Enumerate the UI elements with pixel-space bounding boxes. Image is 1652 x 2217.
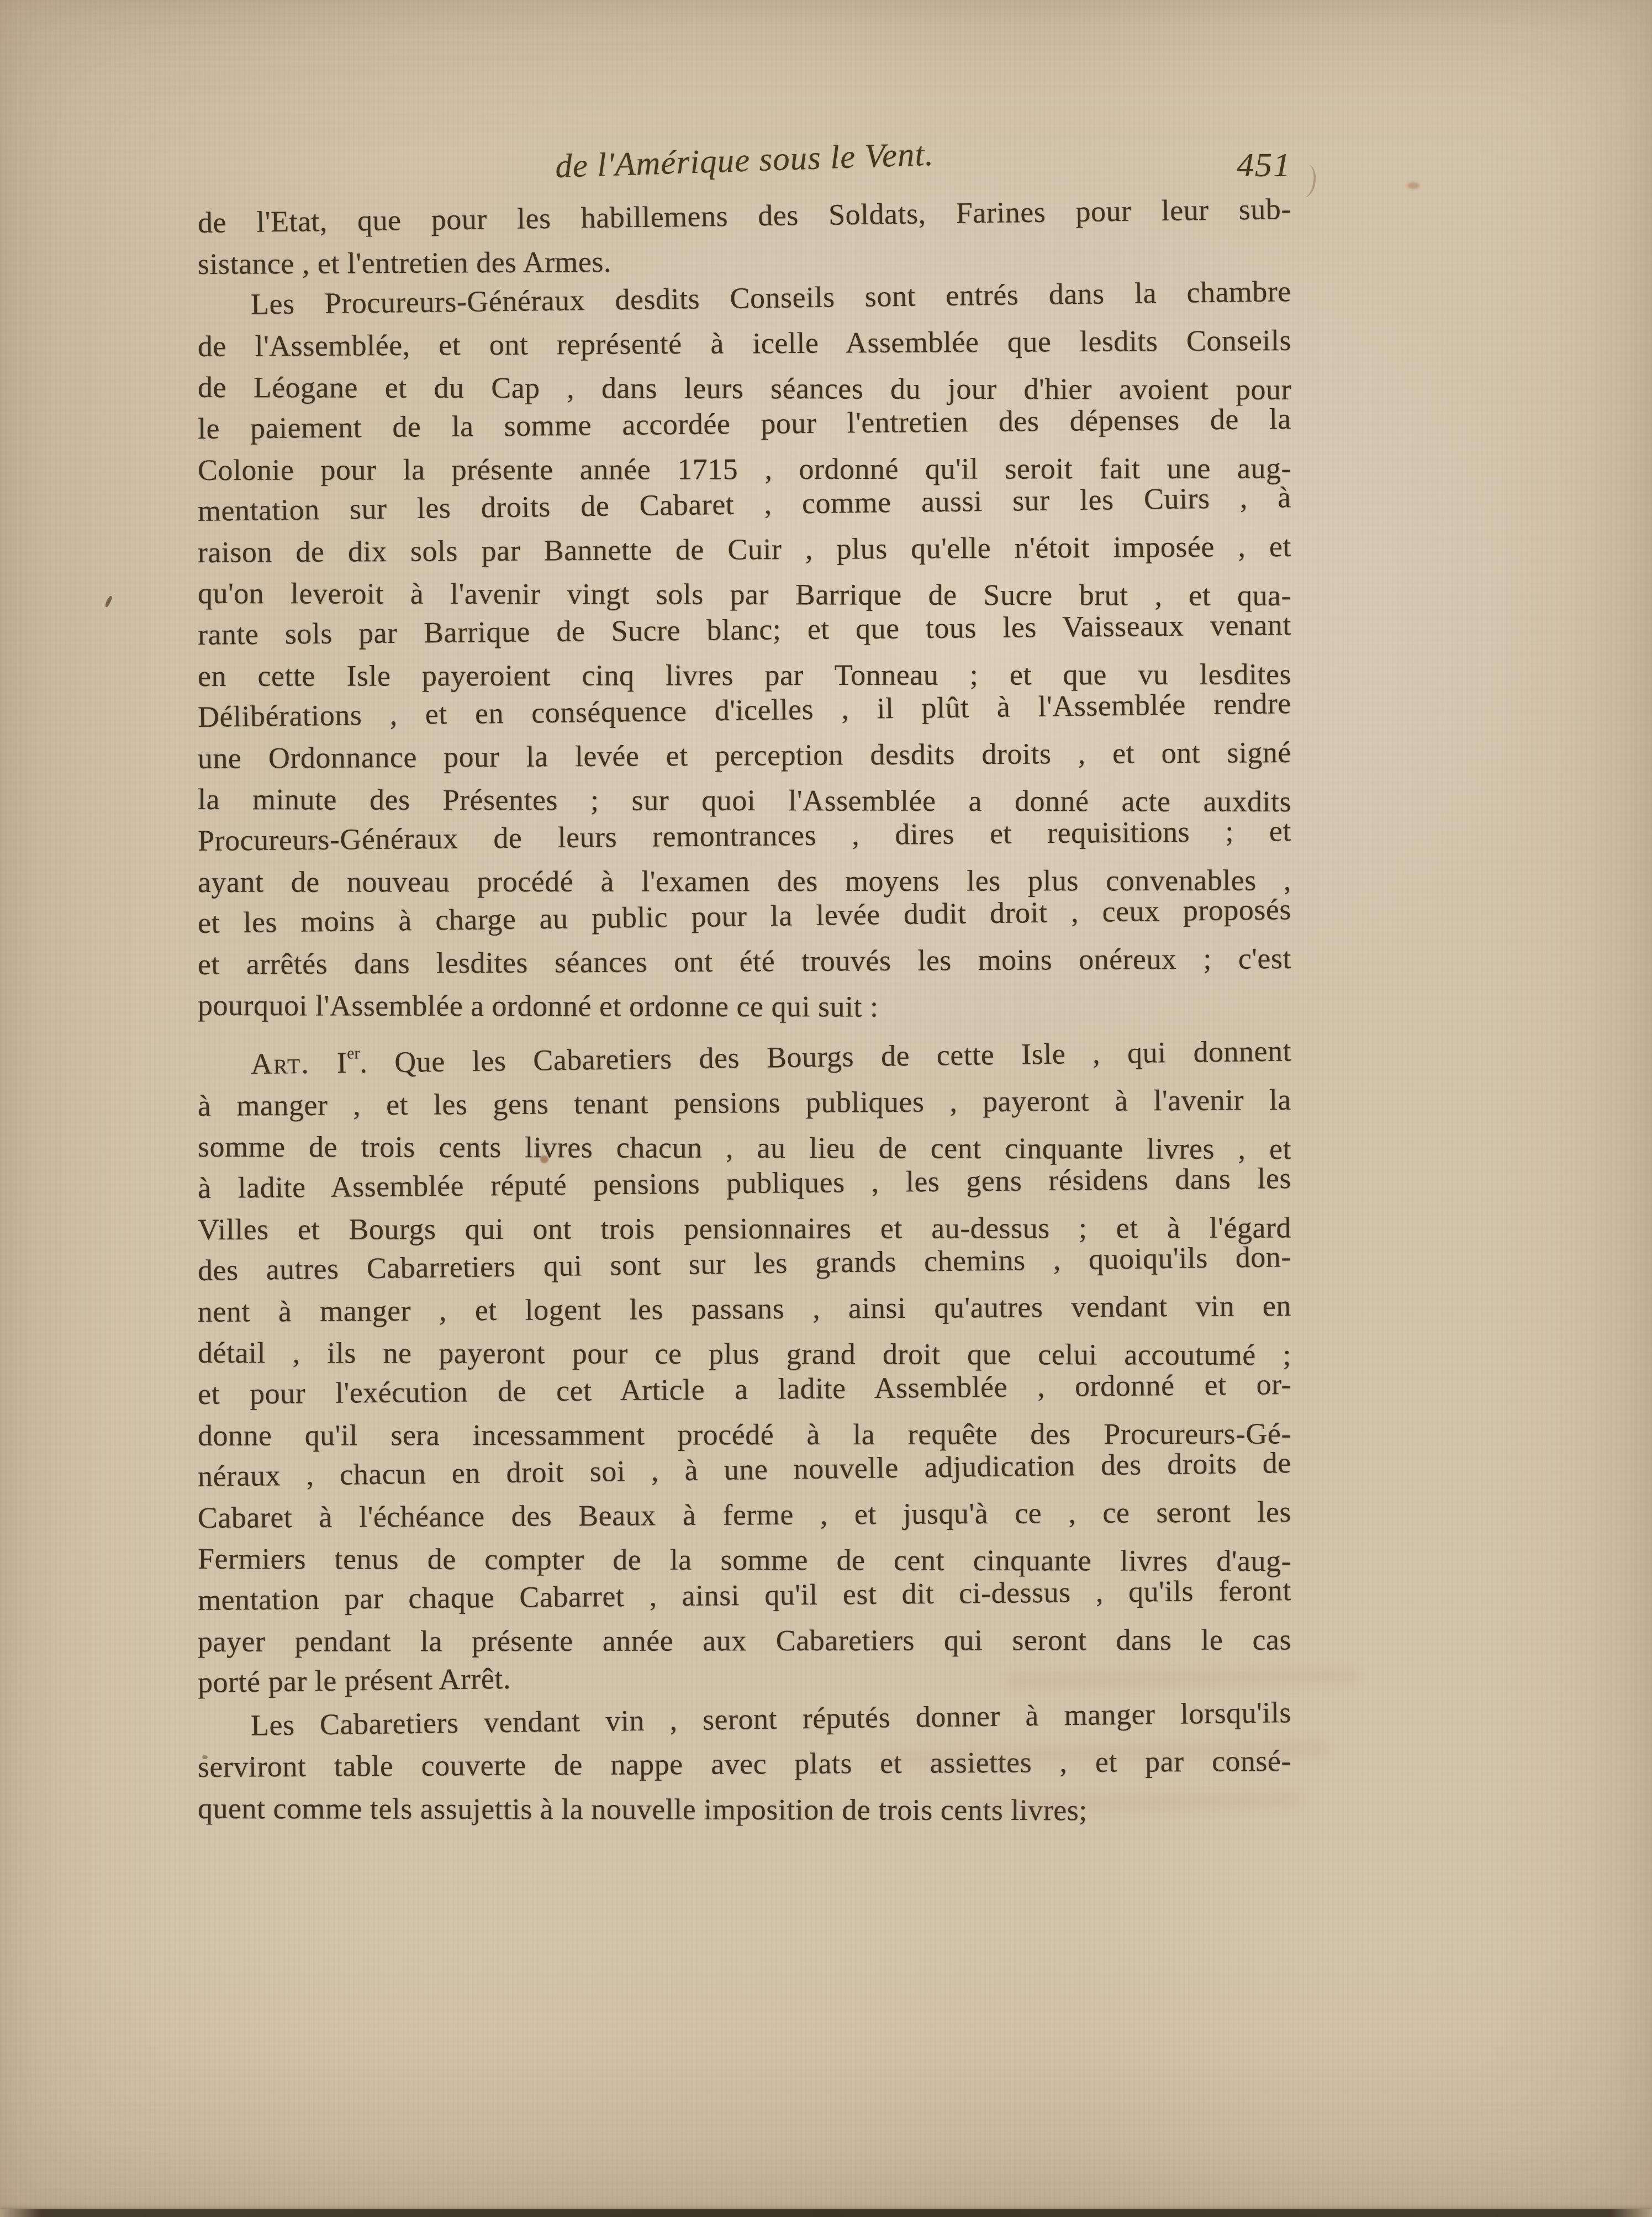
text-line: et arrêtés dans lesdites séances ont été…: [198, 938, 1291, 985]
article-numeral-suffix: er: [347, 1044, 360, 1062]
paragraph: Les Cabaretiers vendant vin , seront rép…: [198, 1706, 1291, 1829]
article-label: Art.: [251, 1047, 310, 1080]
text-column: de l'Amérique sous le Vent. 451 de l'Eta…: [198, 141, 1291, 1829]
paragraph: Les Procureurs-Généraux desdits Conseils…: [198, 284, 1291, 1026]
text-line: nent à manger , et logent les passans , …: [198, 1285, 1291, 1333]
text-line: raison de dix sols par Bannette de Cuir …: [198, 526, 1291, 573]
text-line: serviront table couverte de nappe avec p…: [198, 1740, 1291, 1788]
text-line: quent comme tels assujettis à la nouvell…: [198, 1788, 1291, 1831]
running-title: de l'Amérique sous le Vent.: [555, 135, 934, 187]
text-line: Cabaret à l'échéance des Beaux à ferme ,…: [198, 1491, 1291, 1539]
scanned-book-page: { "page": { "running_title": "de l'Améri…: [0, 0, 1652, 2217]
text-line-article-first: Art. Ier. Que les Cabaretiers des Bourgs…: [197, 1021, 1291, 1085]
text-line: une Ordonnance pour la levée et percepti…: [198, 732, 1291, 779]
paragraph: Art. Ier. Que les Cabaretiers des Bourgs…: [198, 1035, 1291, 1703]
text-line: pourquoi l'Assemblée a ordonné et ordonn…: [198, 985, 1291, 1028]
page-number: 451: [1237, 146, 1291, 185]
text-line: de l'Assemblée, et ont représenté à icel…: [198, 320, 1291, 367]
paper-crease-mark: [1297, 163, 1318, 199]
text-line: à manger , et les gens tenant pensions p…: [198, 1079, 1291, 1127]
article-numeral: I: [336, 1046, 347, 1079]
paper-speck: [104, 595, 113, 608]
page-header: de l'Amérique sous le Vent. 451: [198, 141, 1291, 198]
scan-edge-bottom: [0, 2209, 1652, 2217]
paragraph: de l'Etat, que pour les habillemens des …: [198, 202, 1291, 284]
page-body-text: de l'Etat, que pour les habillemens des …: [198, 202, 1291, 1829]
foxing-spot: [1407, 182, 1419, 189]
article-first-line-text: . Que les Cabaretiers des Bourgs de cett…: [360, 1034, 1291, 1079]
